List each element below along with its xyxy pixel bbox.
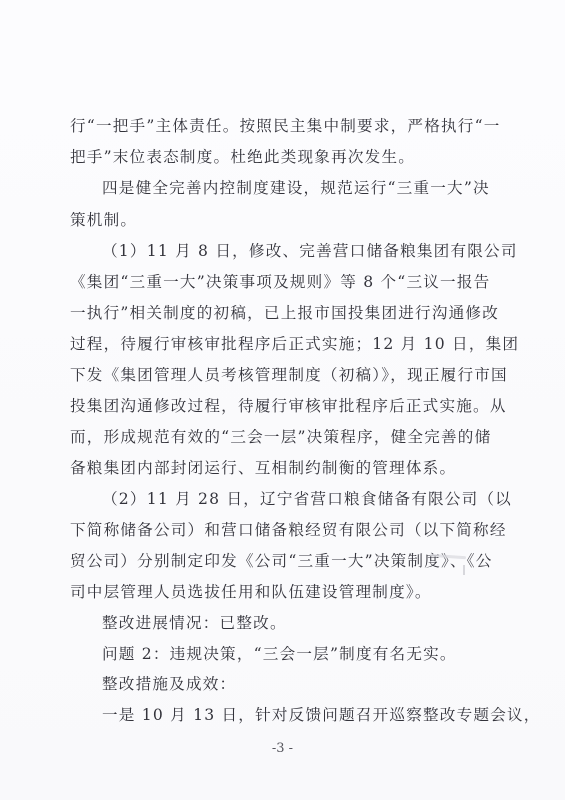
text-line: 把手”末位表态制度。杜绝此类现象再次发生。	[70, 147, 415, 167]
text-line: 司中层管理人员选拔任用和队伍建设管理制度》。	[70, 582, 432, 602]
text-line: 策机制。	[70, 210, 137, 230]
document-page: 行“一把手”主体责任。按照民主集中制要求，严格执行“一 把手”末位表态制度。杜绝…	[0, 0, 565, 800]
text-line: 投集团沟通修改过程，待履行审核审批程序后正式实施。从	[70, 396, 507, 416]
text-line: 备粮集团内部封闭运行、互相制约制衡的管理体系。	[70, 458, 456, 478]
text-line: 下发《集团管理人员考核管理制度（初稿）》，现正履行市国	[70, 365, 508, 385]
text-line: 四是健全完善内控制度建设，规范运行“三重一大”决	[102, 178, 490, 198]
text-line: （1）11 月 8 日，修改、完善营口储备粮集团有限公司	[102, 241, 518, 261]
text-line: 《集团“三重一大”决策事项及规则》等 8 个“三议一报告	[70, 272, 490, 292]
text-line: 过程，待履行审核审批程序后正式实施；12 月 10 日，集团	[70, 334, 519, 354]
text-line: 整改进展情况：已整改。	[102, 613, 287, 633]
text-line: 一是 10 月 13 日，针对反馈问题召开巡察整改专题会议，	[102, 705, 541, 725]
text-line: 问题 2：违规决策，“三会一层”制度有名无实。	[102, 644, 457, 664]
text-line: 整改措施及成效：	[102, 674, 236, 694]
text-line: 行“一把手”主体责任。按照民主集中制要求，严格执行“一	[70, 116, 501, 136]
text-line: 而，形成规范有效的“三会一层”决策程序，健全完善的储	[70, 427, 491, 447]
text-line: （2）11 月 28 日，辽宁省营口粮食储备有限公司（以	[102, 489, 512, 509]
page-number: -3 -	[0, 741, 565, 756]
text-line: 下简称储备公司）和营口储备粮经贸有限公司（以下简称经	[70, 520, 507, 540]
scan-smudge	[463, 565, 465, 575]
text-line: 一执行”相关制度的初稿，已上报市国投集团进行沟通修改	[70, 303, 499, 323]
